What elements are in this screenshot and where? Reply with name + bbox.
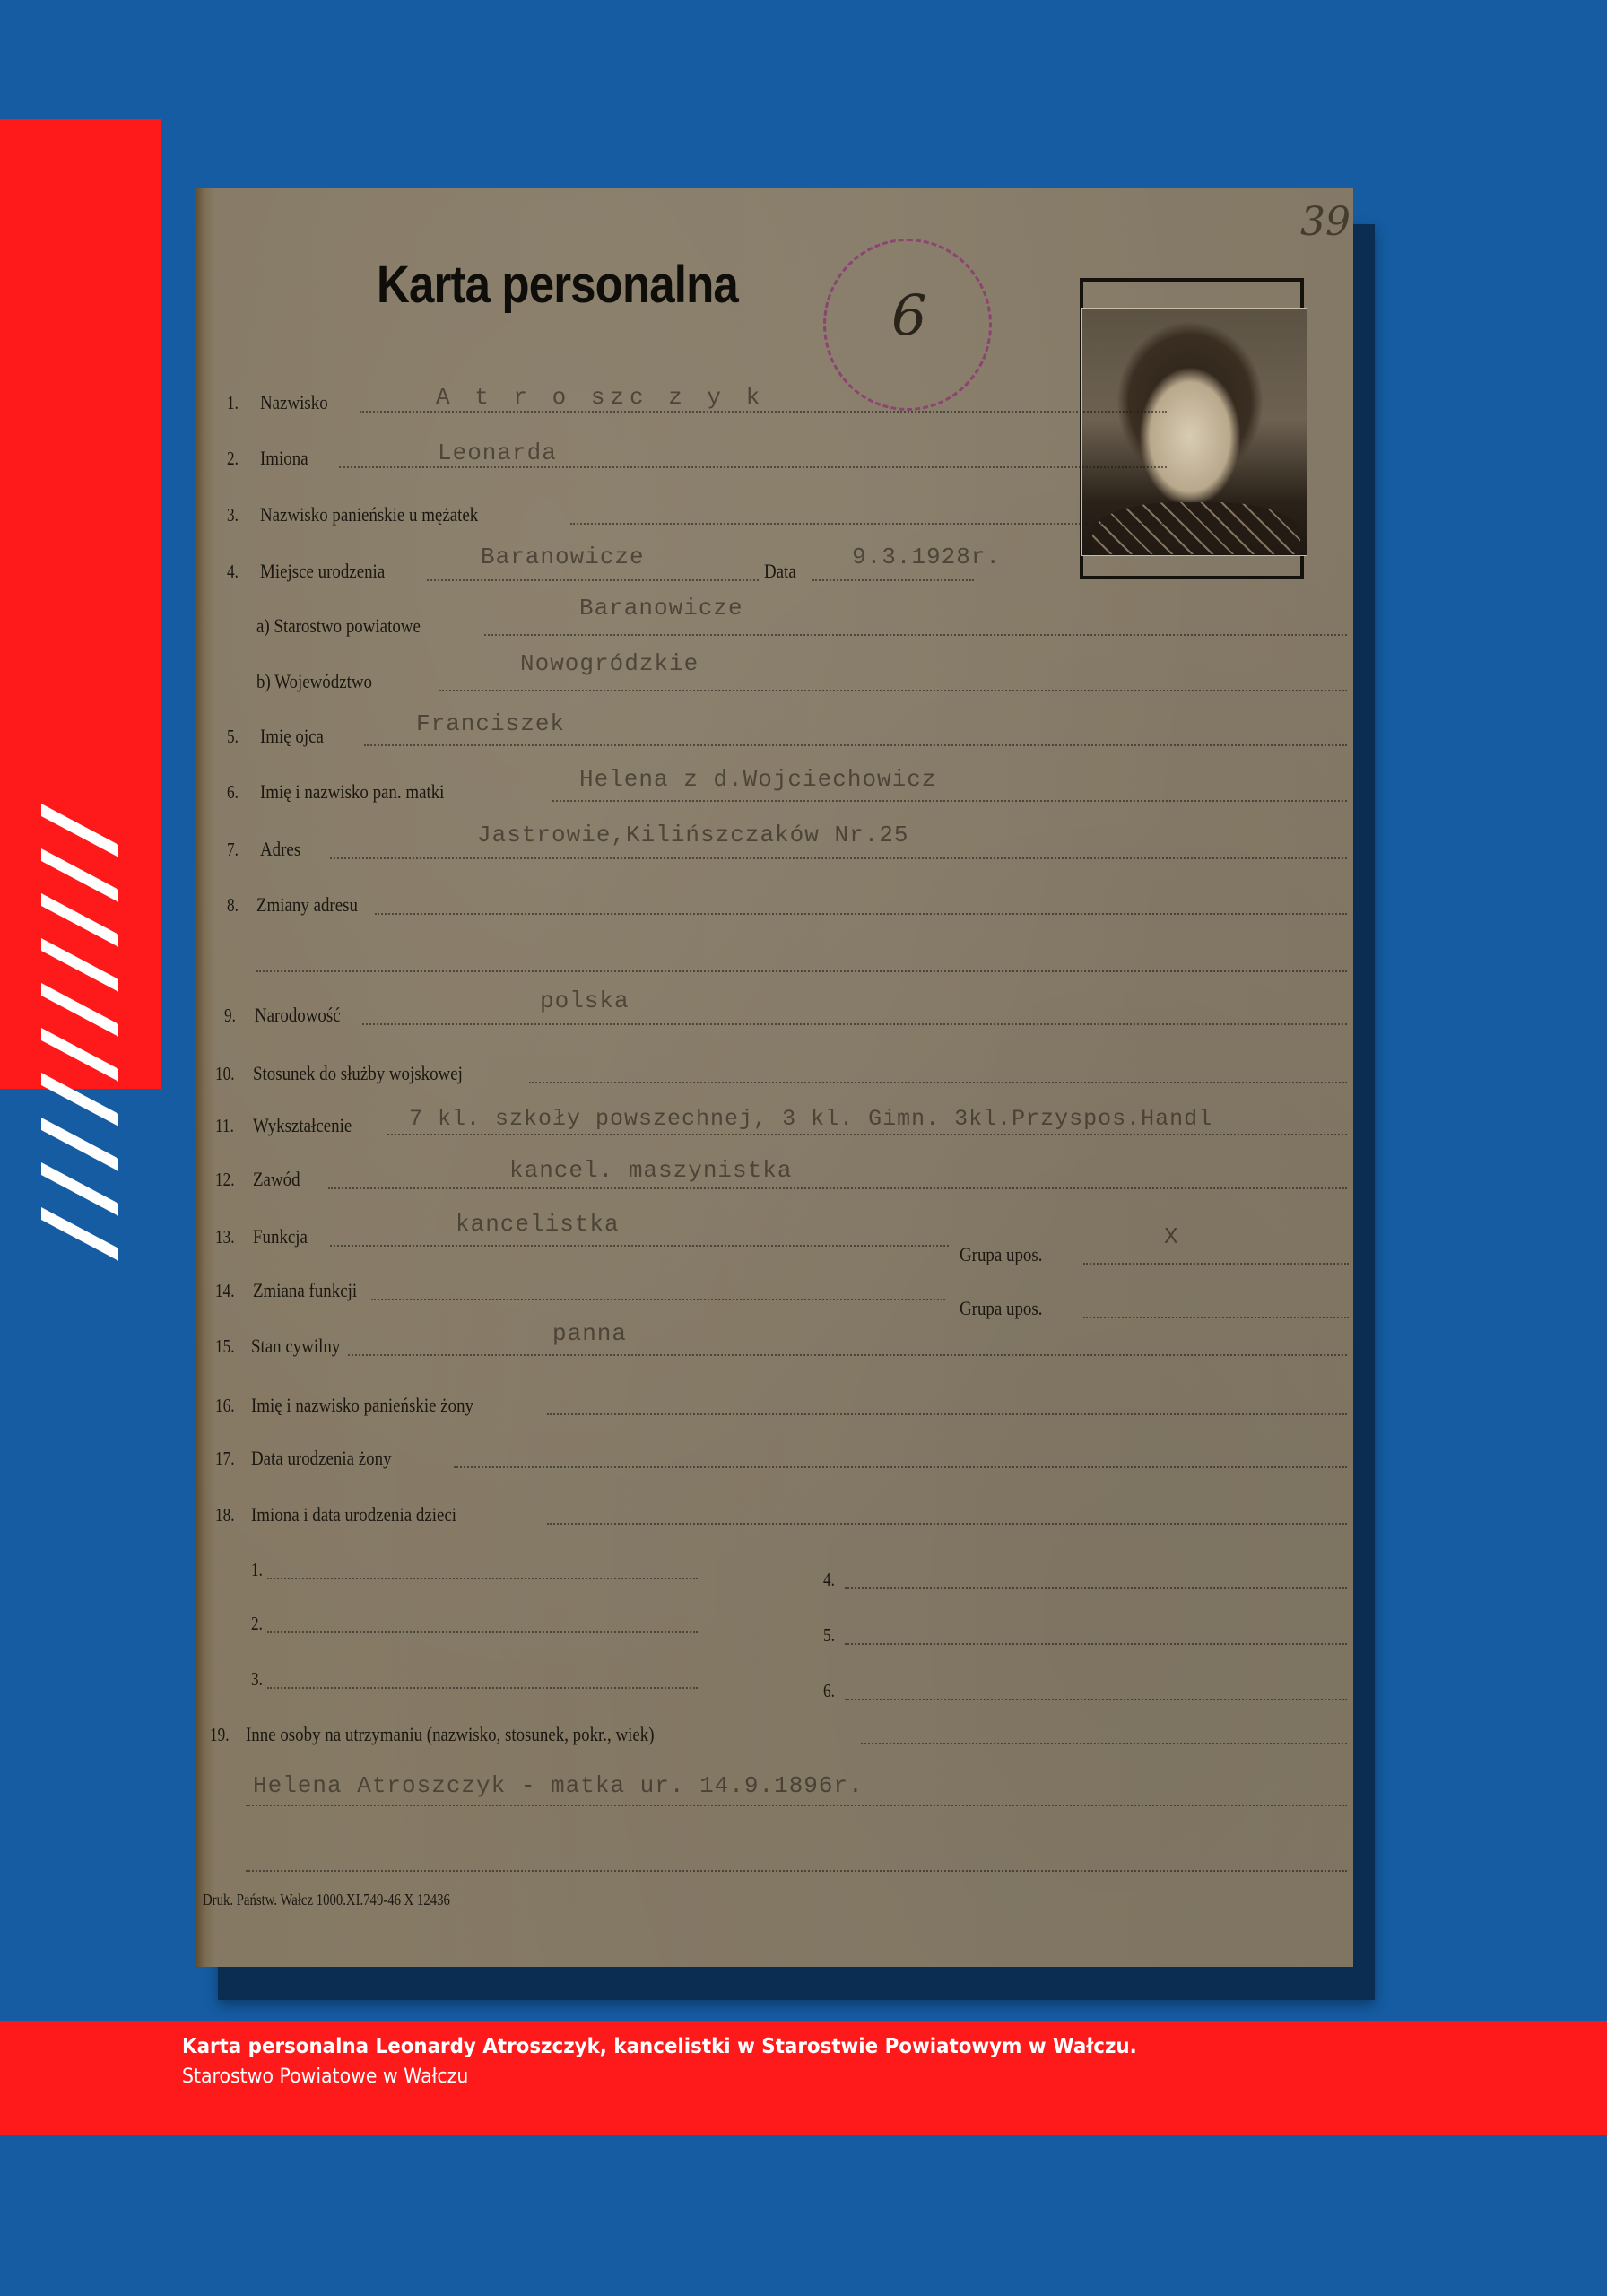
field-label: Inne osoby na utrzymaniu (nazwisko, stos… [246,1723,655,1746]
field-value: 7 kl. szkoły powszechnej, 3 kl. Gimn. 3k… [409,1106,1212,1132]
field-label: Stan cywilny [251,1335,340,1358]
stamp-number: 6 [891,283,926,348]
field-label: Zmiany adresu [256,893,358,917]
caption-bar: Karta personalna Leonardy Atroszczyk, ka… [0,2021,1607,2135]
field-value: Leonarda [438,439,557,466]
pay-group-label: Grupa upos. [960,1297,1042,1320]
field-value: A t r o szc z y k [436,384,765,411]
field-label: Funkcja [253,1225,308,1248]
pay-group-label: Grupa upos. [960,1243,1042,1266]
field-label: Imię i nazwisko pan. matki [260,780,444,804]
field-label: Data urodzenia żony [251,1447,392,1470]
field-value: Helena z d.Wojciechowicz [579,766,936,793]
personnel-card-scan: 39 Karta personalna 6 1. Nazwisko A t r … [195,188,1353,1967]
field-value: Jastrowie,Kilińszczaków Nr.25 [477,822,908,848]
field-label: Wykształcenie [253,1114,352,1137]
field-value: Helena Atroszczyk - matka ur. 14.9.1896r… [253,1772,864,1799]
date-label: Data [764,560,796,583]
portrait-photo-shirt [1092,502,1300,554]
date-value: 9.3.1928r. [852,544,1001,570]
field-label: a) Starostwo powiatowe [256,614,421,638]
field-value: kancelistka [456,1211,620,1238]
field-label: Narodowość [255,1004,341,1027]
field-value: Nowogródzkie [520,650,699,677]
field-label: Nazwisko panieńskie u mężatek [260,503,478,526]
field-value: kancel. maszynistka [509,1157,792,1184]
caption-title: Karta personalna Leonardy Atroszczyk, ka… [182,2035,1137,2058]
field-value: Baranowicze [579,595,743,622]
field-label: Nazwisko [260,391,328,414]
field-value: Baranowicze [481,544,645,570]
field-label: Zawód [253,1168,300,1191]
print-footer: Druk. Państw. Wałcz 1000.XI.749-46 X 124… [203,1891,450,1909]
field-label: Stosunek do służby wojskowej [253,1062,463,1085]
field-label: Imię i nazwisko panieńskie żony [251,1394,473,1417]
page-number: 39 [1300,199,1351,245]
field-value: polska [540,987,630,1014]
caption-source: Starostwo Powiatowe w Wałczu [182,2066,468,2088]
field-label: Imiona i data urodzenia dzieci [251,1503,456,1526]
field-label: Miejsce urodzenia [260,560,385,583]
field-value: panna [552,1320,627,1347]
document-title: Karta personalna [377,255,738,315]
field-label: Imiona [260,447,308,470]
pay-group-value: X [1164,1223,1179,1250]
field-label: Zmiana funkcji [253,1279,357,1302]
field-value: Franciszek [416,710,565,737]
field-label: b) Województwo [256,670,372,693]
decorative-diagonal-stripes [41,804,122,1378]
field-label: Adres [260,838,300,861]
field-label: Imię ojca [260,725,324,748]
